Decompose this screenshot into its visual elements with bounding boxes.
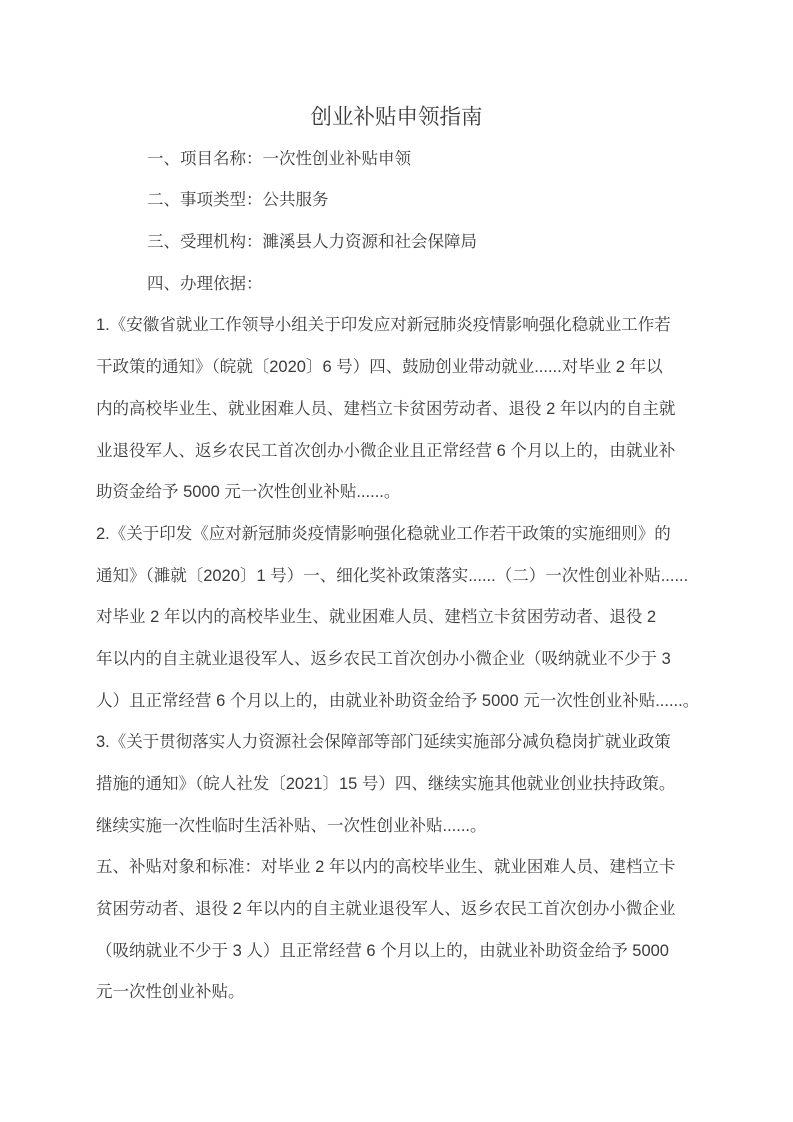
paragraph-line: 助资金给予 5000 元一次性创业补贴......。 [96,472,697,514]
paragraph-line: 2.《关于印发《应对新冠肺炎疫情影响强化稳就业工作若干政策的实施细则》的 [96,514,697,556]
paragraph-line: 对毕业 2 年以内的高校毕业生、就业困难人员、建档立卡贫困劳动者、退役 2 [96,597,697,639]
paragraph-line: 1.《安徽省就业工作领导小组关于印发应对新冠肺炎疫情影响强化稳就业工作若 [96,305,697,347]
paragraph-line: 贫困劳动者、退役 2 年以内的自主就业退役军人、返乡农民工首次创办小微企业 [96,889,697,931]
subsidy-standard-paragraph: 五、补贴对象和标准：对毕业 2 年以内的高校毕业生、就业困难人员、建档立卡 贫困… [96,847,697,1014]
basis-paragraph-1: 1.《安徽省就业工作领导小组关于印发应对新冠肺炎疫情影响强化稳就业工作若 干政策… [96,305,697,513]
meta-item-accepting-agency: 三、受理机构：濉溪县人力资源和社会保障局 [96,222,697,264]
paragraph-line: 干政策的通知》（皖就〔2020〕6 号）四、鼓励创业带动就业......对毕业 … [96,347,697,389]
meta-item-basis-heading: 四、办理依据： [96,264,697,306]
meta-item-matter-type: 二、事项类型：公共服务 [96,180,697,222]
document-title: 创业补贴申领指南 [96,97,697,139]
basis-paragraph-3: 3.《关于贯彻落实人力资源社会保障部等部门延续实施部分减负稳岗扩就业政策 措施的… [96,722,697,847]
paragraph-line: 人）且正常经营 6 个月以上的，由就业补助资金给予 5000 元一次性创业补贴.… [96,681,697,723]
paragraph-line: （吸纳就业不少于 3 人）且正常经营 6 个月以上的，由就业补助资金给予 500… [96,931,697,973]
paragraph-line: 3.《关于贯彻落实人力资源社会保障部等部门延续实施部分减负稳岗扩就业政策 [96,722,697,764]
paragraph-line: 元一次性创业补贴。 [96,972,697,1014]
basis-paragraph-2: 2.《关于印发《应对新冠肺炎疫情影响强化稳就业工作若干政策的实施细则》的 通知》… [96,514,697,722]
document-page: 创业补贴申领指南 一、项目名称：一次性创业补贴申领 二、事项类型：公共服务 三、… [0,0,793,1122]
paragraph-line: 内的高校毕业生、就业困难人员、建档立卡贫困劳动者、退役 2 年以内的自主就 [96,389,697,431]
paragraph-line: 继续实施一次性临时生活补贴、一次性创业补贴......。 [96,806,697,848]
paragraph-line: 措施的通知》（皖人社发〔2021〕15 号）四、继续实施其他就业创业扶持政策。 [96,764,697,806]
paragraph-line: 通知》（濉就〔2020〕1 号）一、细化奖补政策落实......（二）一次性创业… [96,556,697,598]
paragraph-line: 年以内的自主就业退役军人、返乡农民工首次创办小微企业（吸纳就业不少于 3 [96,639,697,681]
paragraph-line: 五、补贴对象和标准：对毕业 2 年以内的高校毕业生、就业困难人员、建档立卡 [96,847,697,889]
paragraph-line: 业退役军人、返乡农民工首次创办小微企业且正常经营 6 个月以上的，由就业补 [96,431,697,473]
meta-item-project-name: 一、项目名称：一次性创业补贴申领 [96,139,697,181]
